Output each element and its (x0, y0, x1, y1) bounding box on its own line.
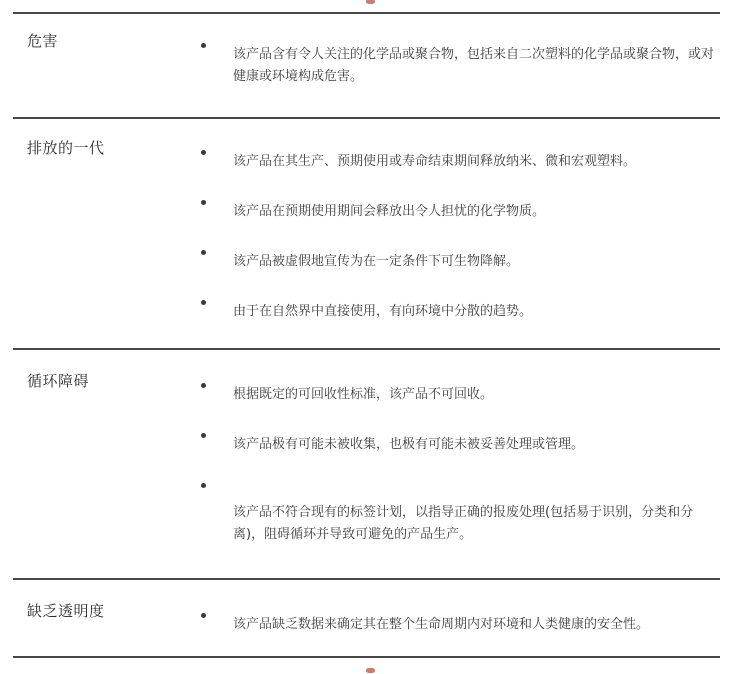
table-row-emissions: 排放的一代 该产品在其生产、预期使用或寿命结束期间释放纳米、微和宏观塑料。 该产… (0, 119, 740, 348)
row-content: 该产品在其生产、预期使用或寿命结束期间释放纳米、微和宏观塑料。 该产品在预期使用… (200, 137, 740, 348)
list-item: 该产品在预期使用期间会释放出令人担忧的化学物质。 (200, 187, 740, 237)
row-label: 排放的一代 (0, 137, 200, 348)
row-label: 缺乏透明度 (0, 600, 200, 656)
document-sheet: 危害 该产品含有令人关注的化学品或聚合物，包括来自二次塑料的化学品或聚合物，或对… (0, 0, 740, 674)
bullet-icon (201, 383, 206, 388)
bullet-icon (201, 613, 206, 618)
row-content: 根据既定的可回收性标准，该产品不可回收。 该产品极有可能未被收集，也极有可能未被… (200, 370, 740, 578)
list-item: 由于在自然界中直接使用，有向环境中分散的趋势。 (200, 287, 740, 337)
row-label: 循环障碍 (0, 370, 200, 578)
table-row-circularity-barriers: 循环障碍 根据既定的可回收性标准，该产品不可回收。 该产品极有可能未被收集，也极… (0, 350, 740, 578)
item-text: 该产品缺乏数据来确定其在整个生命周期内对环境和人类健康的安全性。 (233, 610, 720, 636)
red-mark-top-artifact (366, 0, 375, 4)
row-divider (13, 656, 720, 658)
bullet-icon (201, 250, 206, 255)
item-text: 根据既定的可回收性标准，该产品不可回收。 (233, 380, 720, 406)
item-text: 由于在自然界中直接使用，有向环境中分散的趋势。 (233, 297, 720, 323)
list-item: 该产品缺乏数据来确定其在整个生命周期内对环境和人类健康的安全性。 (200, 600, 740, 650)
item-text: 该产品在其生产、预期使用或寿命结束期间释放纳米、微和宏观塑料。 (233, 147, 720, 173)
item-text: 该产品在预期使用期间会释放出令人担忧的化学物质。 (233, 197, 720, 223)
bullet-icon (201, 200, 206, 205)
row-content: 该产品缺乏数据来确定其在整个生命周期内对环境和人类健康的安全性。 (200, 600, 740, 656)
item-text: 该产品极有可能未被收集，也极有可能未被妥善处理或管理。 (233, 430, 720, 456)
table-row-hazard: 危害 该产品含有令人关注的化学品或聚合物，包括来自二次塑料的化学品或聚合物，或对… (0, 14, 740, 117)
row-label: 危害 (0, 30, 200, 117)
table-row-lack-of-transparency: 缺乏透明度 该产品缺乏数据来确定其在整个生命周期内对环境和人类健康的安全性。 (0, 580, 740, 656)
list-item: 该产品被虚假地宣传为在一定条件下可生物降解。 (200, 237, 740, 287)
list-item: 该产品在其生产、预期使用或寿命结束期间释放纳米、微和宏观塑料。 (200, 137, 740, 187)
item-text: 该产品含有令人关注的化学品或聚合物，包括来自二次塑料的化学品或聚合物，或对健康或… (233, 40, 720, 88)
bullet-icon (201, 43, 206, 48)
bullet-icon (201, 300, 206, 305)
list-item: 该产品含有令人关注的化学品或聚合物，包括来自二次塑料的化学品或聚合物，或对健康或… (200, 30, 740, 98)
list-item: 该产品极有可能未被收集，也极有可能未被妥善处理或管理。 (200, 420, 740, 470)
bullet-icon (201, 483, 206, 488)
list-item: 根据既定的可回收性标准，该产品不可回收。 (200, 370, 740, 420)
item-text: 该产品不符合现有的标签计划，以指导正确的报废处理(包括易于识别，分类和分离)，阻… (233, 480, 720, 546)
item-text: 该产品被虚假地宣传为在一定条件下可生物降解。 (233, 247, 720, 273)
bullet-icon (201, 150, 206, 155)
list-item: 该产品不符合现有的标签计划，以指导正确的报废处理(包括易于识别，分类和分离)，阻… (200, 470, 740, 556)
red-mark-bottom-artifact (366, 668, 375, 673)
row-content: 该产品含有令人关注的化学品或聚合物，包括来自二次塑料的化学品或聚合物，或对健康或… (200, 30, 740, 117)
bullet-icon (201, 433, 206, 438)
